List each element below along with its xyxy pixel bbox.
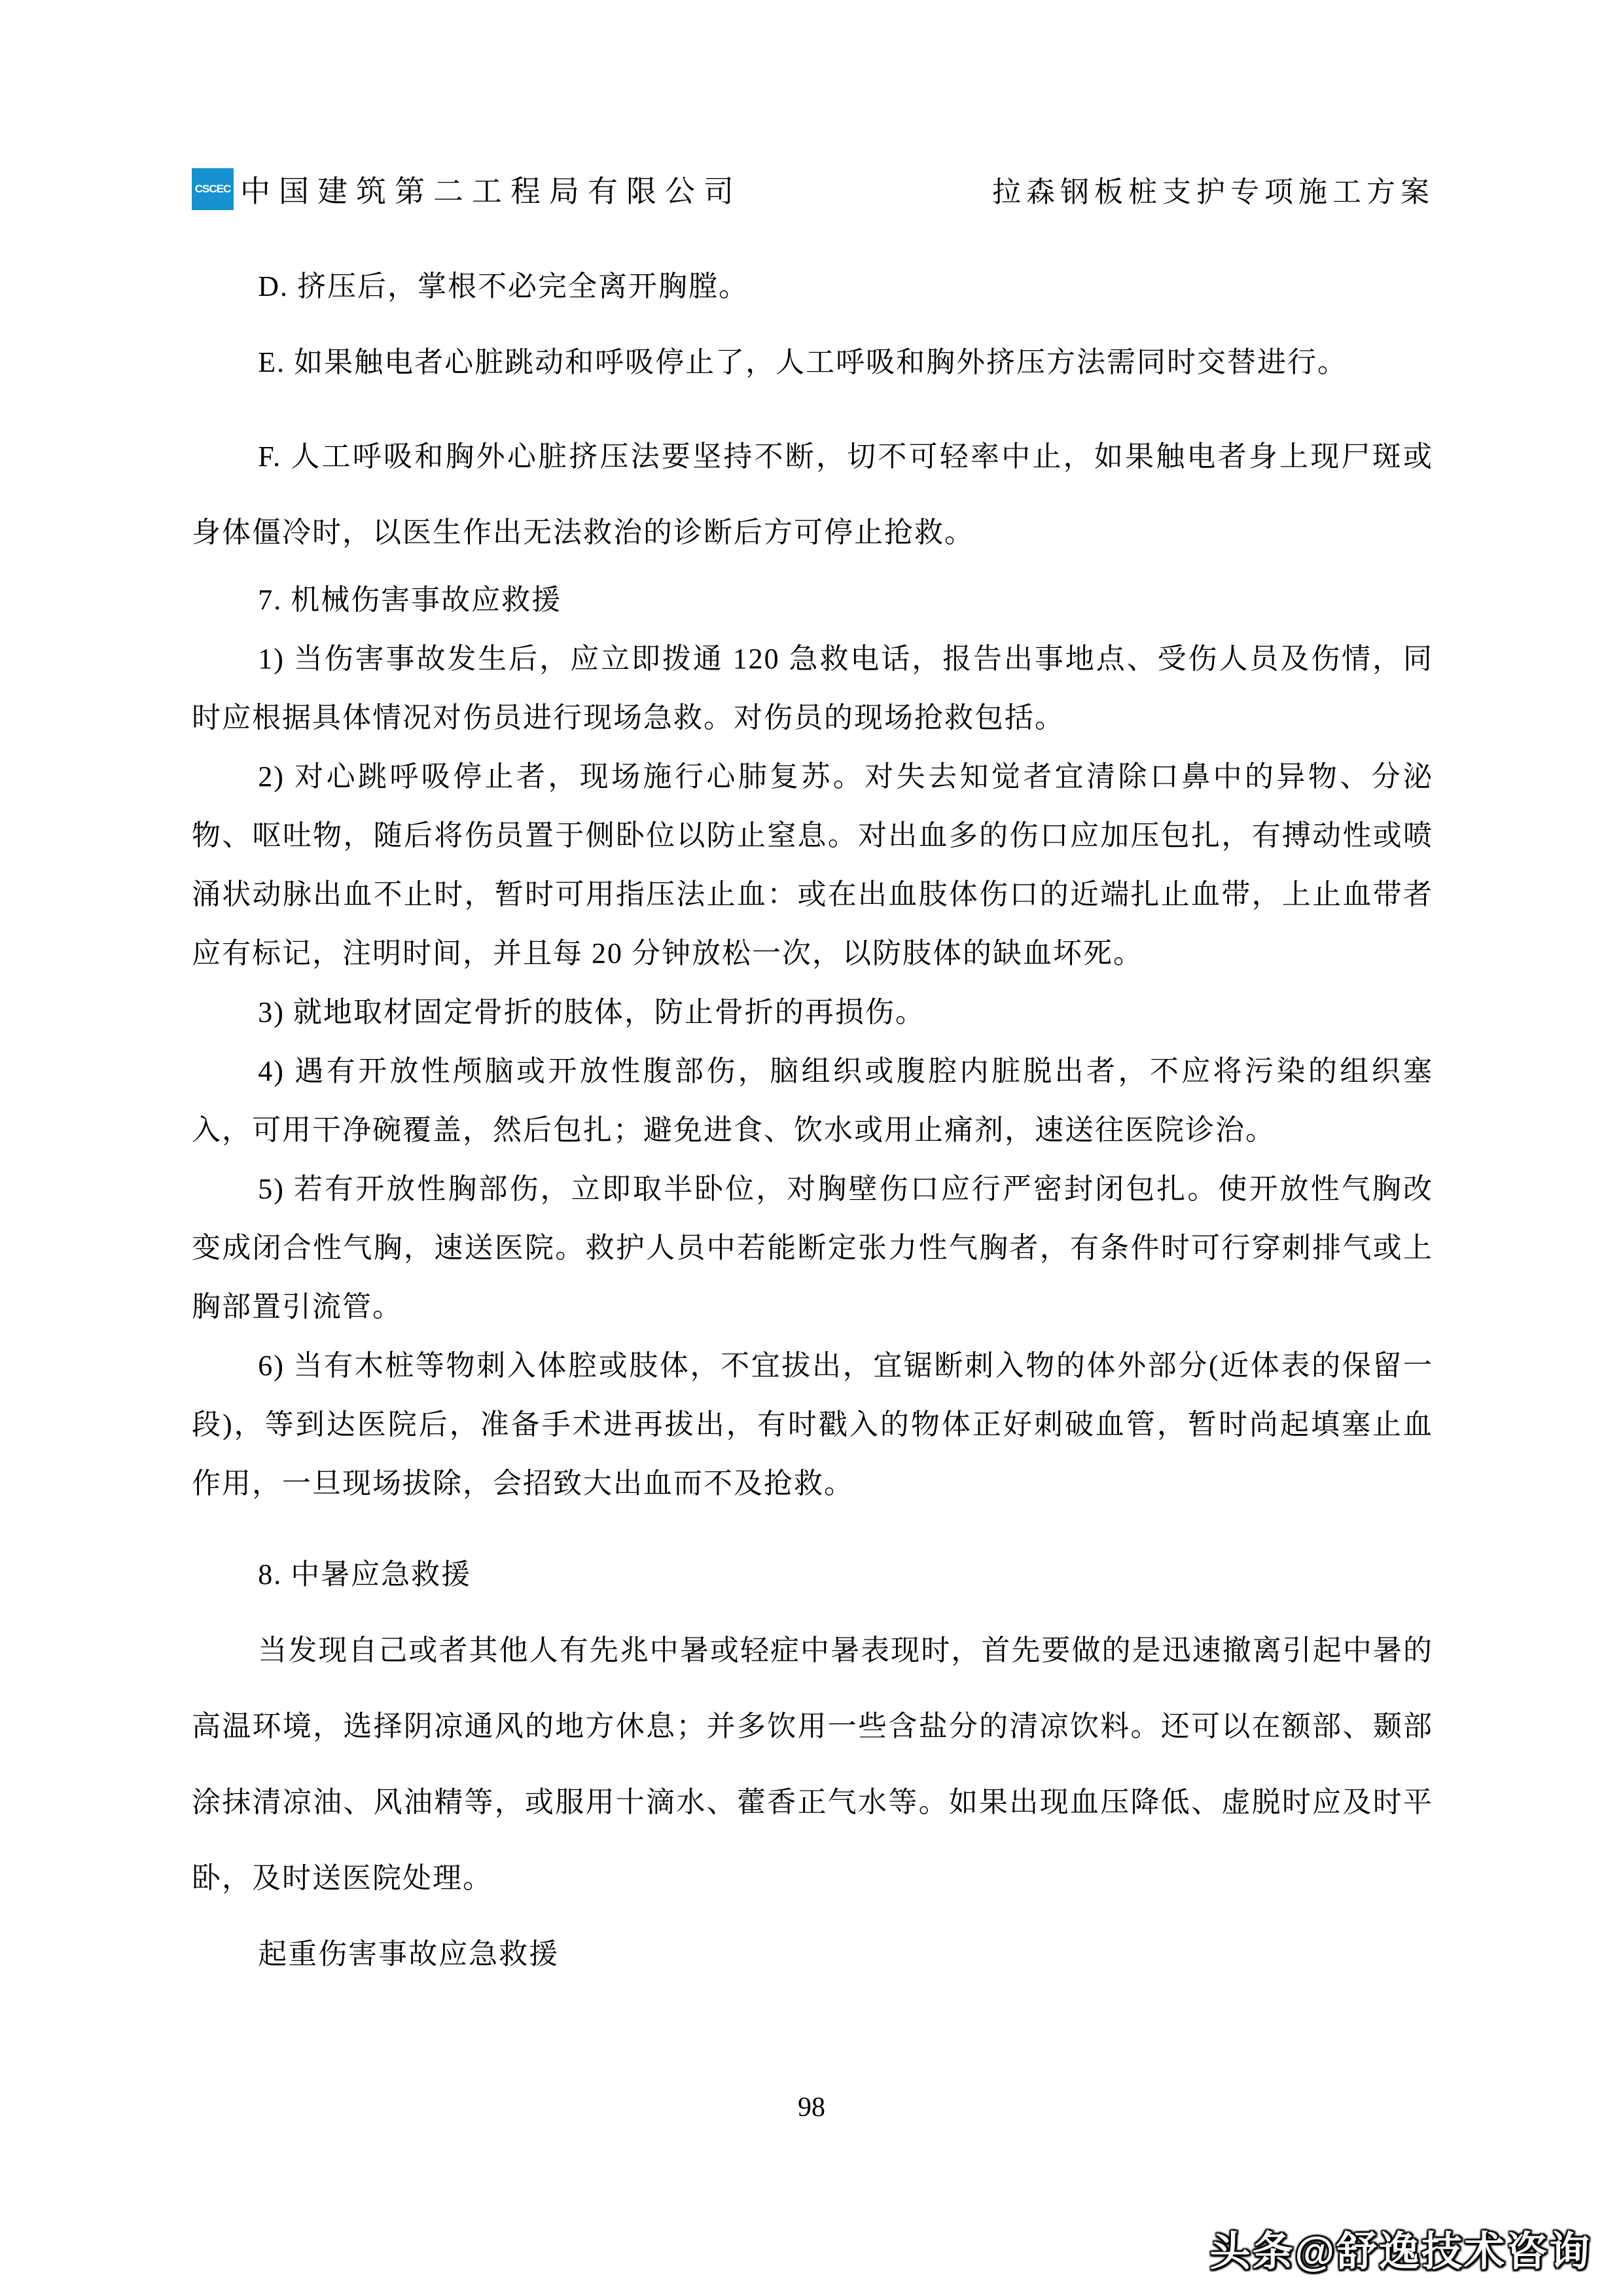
- page-number: 98: [0, 2092, 1623, 2123]
- header-doc-title: 拉森钢板桩支护专项施工方案: [992, 168, 1435, 210]
- paragraph: 6) 当有木桩等物刺入体腔或肢体，不宜拔出，宜锯断刺入物的体外部分(近体表的保留…: [192, 1336, 1433, 1513]
- document-page: CSCEC 中国建筑第二工程局有限公司 拉森钢板桩支护专项施工方案 D. 挤压后…: [0, 0, 1623, 2296]
- paragraph: 起重伤害事故应急救援: [192, 1916, 1433, 1992]
- paragraph: 4) 遇有开放性颅脑或开放性腹部伤，脑组织或腹腔内脏脱出者，不应将污染的组织塞入…: [192, 1042, 1433, 1160]
- cscec-logo-icon: CSCEC: [192, 168, 234, 210]
- paragraph: 3) 就地取材固定骨折的肢体，防止骨折的再损伤。: [192, 983, 1433, 1042]
- paragraph: 1) 当伤害事故发生后，应立即拨通 120 急救电话，报告出事地点、受伤人员及伤…: [192, 630, 1433, 747]
- header-left: CSCEC 中国建筑第二工程局有限公司: [192, 168, 742, 211]
- paragraph: F. 人工呼吸和胸外心脏挤压法要坚持不断，切不可轻率中止，如果触电者身上现尸斑或…: [192, 419, 1433, 571]
- paragraph: 当发现自己或者其他人有先兆中暑或轻症中暑表现时，首先要做的是迅速撤离引起中暑的高…: [192, 1613, 1433, 1916]
- paragraph: 2) 对心跳呼吸停止者，现场施行心肺复苏。对失去知觉者宜清除口鼻中的异物、分泌物…: [192, 747, 1433, 983]
- watermark: 头条@舒逸技术咨询: [1210, 2219, 1592, 2277]
- paragraph: E. 如果触电者心脏跳动和呼吸停止了，人工呼吸和胸外挤压方法需同时交替进行。: [192, 325, 1433, 401]
- document-body: D. 挤压后，掌根不必完全离开胸膛。E. 如果触电者心脏跳动和呼吸停止了，人工呼…: [192, 249, 1433, 1992]
- paragraph: 5) 若有开放性胸部伤，立即取半卧位，对胸壁伤口应行严密封闭包扎。使开放性气胸改…: [192, 1160, 1433, 1336]
- header-company-name: 中国建筑第二工程局有限公司: [240, 168, 742, 211]
- paragraph: D. 挤压后，掌根不必完全离开胸膛。: [192, 249, 1433, 325]
- page-header: CSCEC 中国建筑第二工程局有限公司 拉森钢板桩支护专项施工方案: [192, 168, 1435, 211]
- paragraph: 8. 中暑应急救援: [192, 1537, 1433, 1613]
- paragraph: 7. 机械伤害事故应救援: [192, 571, 1433, 630]
